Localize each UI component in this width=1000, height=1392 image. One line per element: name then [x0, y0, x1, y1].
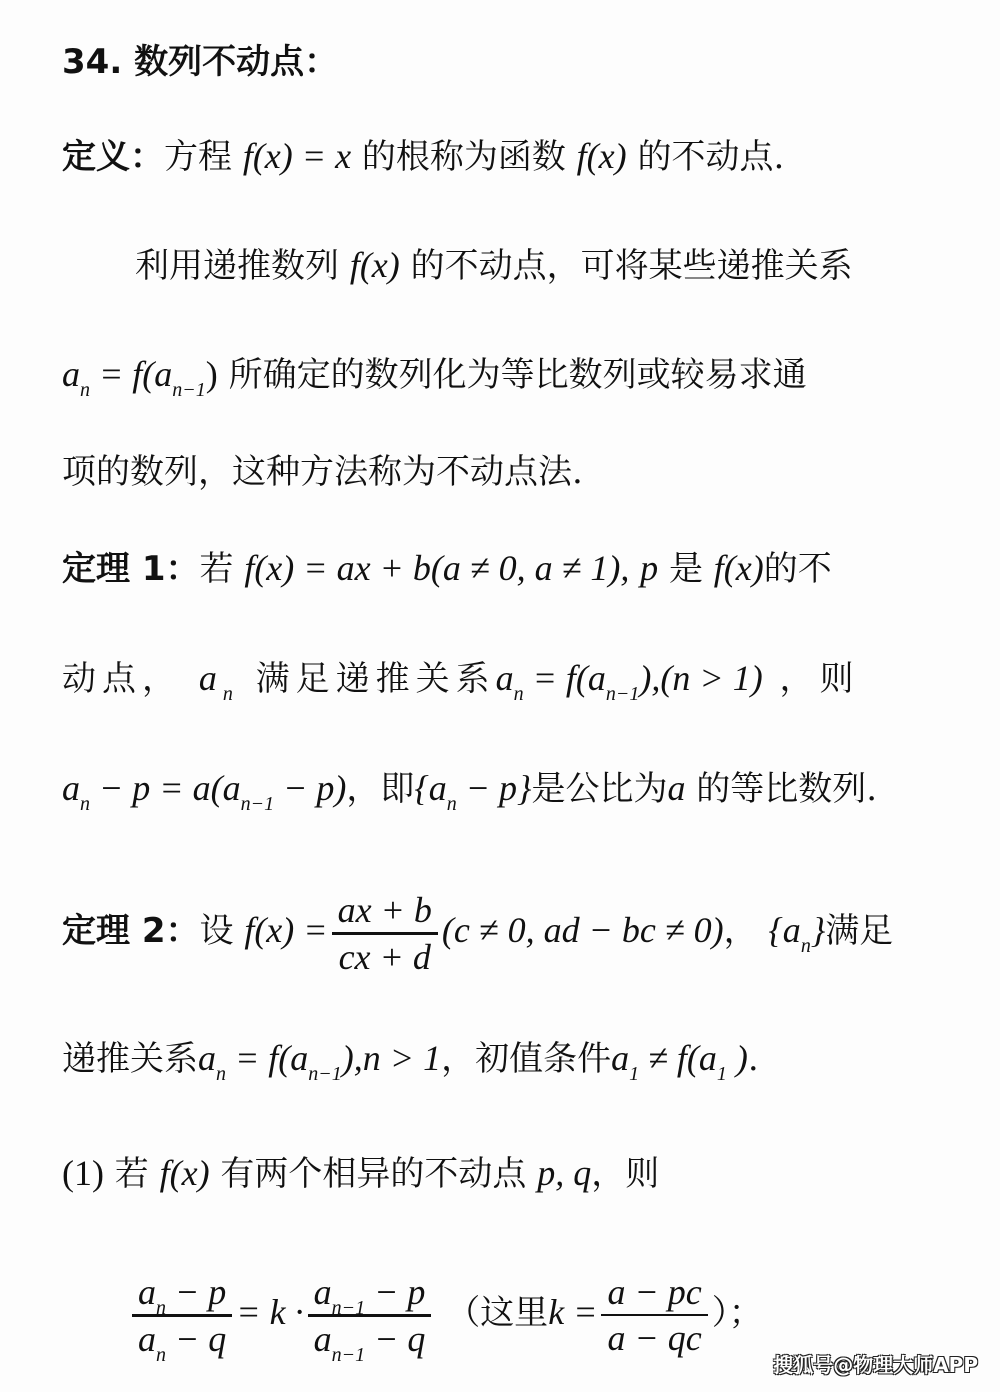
text: ，即 — [346, 769, 414, 809]
math-expr: p, q — [537, 1153, 591, 1193]
text: ，则 — [591, 1154, 659, 1194]
math-expr: {an} — [768, 910, 825, 950]
fraction: ax + bcx + d — [332, 888, 438, 979]
theorem1-label: 定理 1： — [62, 549, 200, 589]
math-expr: = k · — [236, 1292, 303, 1332]
math-expr: a1 ≠ f(a1 ) — [611, 1038, 748, 1078]
case1-formula: an − pan − q= k ·an−1 − pan−1 − q （这里k =… — [128, 1262, 763, 1363]
math-expr: k = — [548, 1292, 597, 1332]
math-expr: n > 1 — [363, 1038, 441, 1078]
math-expr: an — [199, 658, 239, 698]
math-expr: a — [667, 768, 685, 808]
text: 满足 — [825, 911, 893, 951]
definition-line: 定义：方程 f(x) = x 的根称为函数 f(x) 的不动点. — [62, 136, 784, 177]
text: ）； — [712, 1293, 763, 1333]
paragraph-line-3: 项的数列，这种方法称为不动点法. — [62, 452, 583, 492]
k-fraction: a − pca − qc — [601, 1270, 707, 1360]
theorem1-line-3: an − p = a(an−1 − p)，即{an − p}是公比为a 的等比数… — [62, 768, 877, 809]
math-expr: (n > 1) — [660, 658, 762, 698]
theorem2-label: 定理 2： — [62, 911, 200, 951]
math-expr: f(x) — [577, 136, 627, 176]
text: 的等比数列. — [696, 769, 877, 809]
watermark: 搜狐号@物理大师APP — [773, 1349, 978, 1378]
lhs-fraction: an − pan − q — [132, 1270, 232, 1361]
text: 满足递推关系 — [256, 659, 496, 699]
theorem1-line-2: 动点， an 满足递推关系an = f(an−1),(n > 1) ，则 — [62, 658, 860, 699]
paragraph-line-1: 利用递推数列 f(x) 的不动点，可将某些递推关系 — [135, 245, 853, 286]
math-expr: f(x) = ax + b(a ≠ 0, a ≠ 1), — [244, 548, 629, 588]
text: ，则 — [780, 659, 860, 699]
math-expr: (c ≠ 0, ad − bc ≠ 0) — [442, 910, 724, 950]
text: ， — [724, 911, 758, 951]
rhs-fraction: an−1 − pan−1 − q — [308, 1270, 432, 1361]
text: 是 — [669, 549, 703, 589]
text: （这里 — [446, 1293, 548, 1333]
text: 有两个相异的不动点 — [220, 1154, 526, 1194]
text: 若 — [115, 1154, 149, 1194]
case-label: (1) — [62, 1153, 104, 1193]
case1-line: (1) 若 f(x) 有两个相异的不动点 p, q，则 — [62, 1153, 659, 1194]
text: 方程 — [164, 137, 232, 177]
text: 的不 — [764, 549, 832, 589]
text: 动点， — [62, 659, 182, 699]
math-expr: an − p = a(an−1 − p) — [62, 768, 346, 808]
text: 所确定的数列化为等比数列或较易求通 — [229, 355, 807, 395]
text: ，初值条件 — [441, 1039, 611, 1079]
definition-label: 定义： — [62, 137, 164, 177]
math-expr: f(x) — [160, 1153, 210, 1193]
math-expr: an = f(an−1) — [62, 354, 218, 394]
text: 若 — [200, 549, 234, 589]
math-expr: p — [640, 548, 658, 588]
theorem2-line-2: 递推关系an = f(an−1),n > 1，初值条件a1 ≠ f(a1 ). — [62, 1038, 759, 1079]
math-expr: f(x) = — [244, 910, 327, 950]
theorem2-line-1: 定理 2：设 f(x) =ax + bcx + d(c ≠ 0, ad − bc… — [62, 880, 893, 981]
text: 的根称为函数 — [362, 137, 566, 177]
text: 递推关系 — [62, 1039, 198, 1079]
math-expr: f(x) — [714, 548, 764, 588]
math-expr: f(x) = x — [243, 136, 351, 176]
text: . — [748, 1039, 759, 1079]
text: 是公比为 — [531, 769, 667, 809]
text: 的不动点，可将某些递推关系 — [411, 246, 853, 286]
paragraph-line-2: an = f(an−1) 所确定的数列化为等比数列或较易求通 — [62, 354, 807, 395]
math-expr: f(x) — [350, 245, 400, 285]
text: 利用递推数列 — [135, 246, 339, 286]
math-expr: an = f(an−1), — [496, 658, 661, 698]
text: 设 — [200, 911, 234, 951]
text: 的不动点. — [637, 137, 784, 177]
section-title: 34. 数列不动点： — [62, 42, 338, 82]
theorem1-line-1: 定理 1：若 f(x) = ax + b(a ≠ 0, a ≠ 1), p 是 … — [62, 548, 832, 589]
math-expr: an = f(an−1), — [198, 1038, 363, 1078]
math-expr: {an − p} — [414, 768, 531, 808]
